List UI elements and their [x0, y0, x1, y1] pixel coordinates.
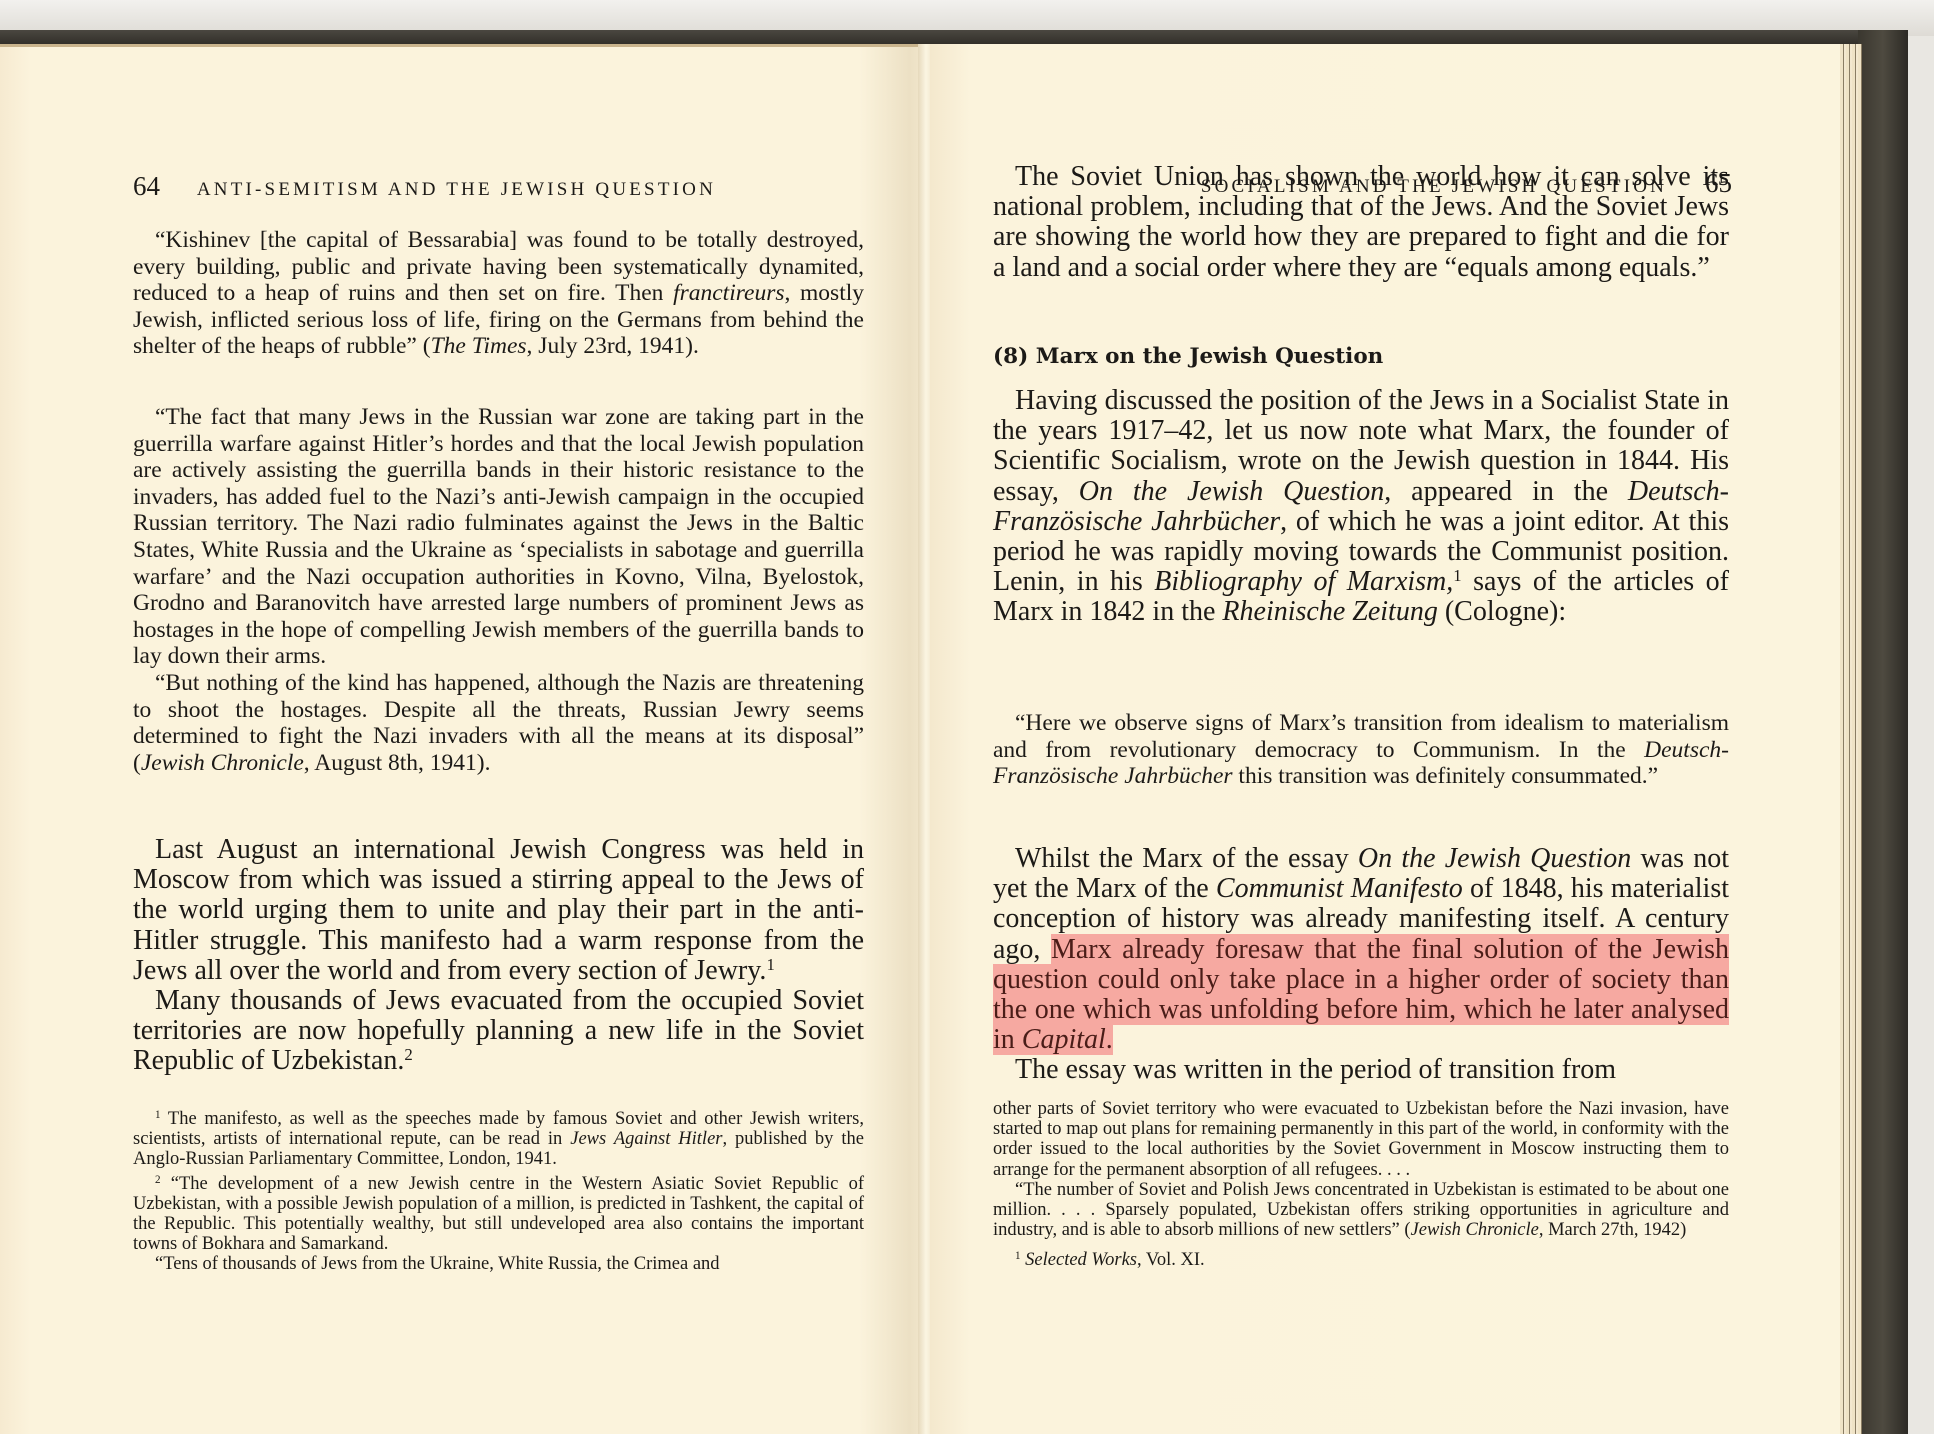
italic-source: Jewish Chronicle [1411, 1220, 1539, 1240]
italic-title: Rheinische Zeitung [1222, 596, 1437, 627]
footnote-continued: “The number of Soviet and Polish Jews co… [993, 1180, 1729, 1241]
body-paragraph: The essay was written in the period of t… [993, 1055, 1729, 1085]
quote-text: “Here we observe signs of Marx’s transit… [993, 710, 1729, 763]
quote-paragraph: “But nothing of the kind has happened, a… [133, 670, 864, 776]
body-paragraph: Last August an international Jewish Cong… [133, 835, 864, 986]
left-footnotes: 1 The manifesto, as well as the speeches… [133, 1109, 864, 1275]
body-paragraph: Many thousands of Jews evacuated from th… [133, 986, 864, 1077]
quote-text: , August 8th, 1941). [304, 750, 491, 776]
left-running-title: ANTI-SEMITISM AND THE JEWISH QUESTION [197, 179, 716, 200]
italic-title: On the Jewish Question [1079, 476, 1384, 507]
marx-paragraph-1: Having discussed the position of the Jew… [993, 386, 1729, 628]
footnote-mark: 1 [155, 1109, 161, 1121]
body-text: Whilst the Marx of the essay [1015, 843, 1358, 874]
footnote-text: “The development of a new Jewish centre … [133, 1174, 864, 1255]
italic-source: Jewish Chronicle [141, 750, 304, 776]
lenin-quote: “Here we observe signs of Marx’s transit… [993, 710, 1729, 790]
body-text: Many thousands of Jews evacuated from th… [133, 985, 864, 1076]
body-paragraph: Whilst the Marx of the essay On the Jewi… [993, 844, 1729, 1055]
italic-title: On the Jewish Question [1358, 843, 1631, 874]
quote-jewish-chronicle: “The fact that many Jews in the Russian … [133, 404, 864, 776]
body-paragraph: Having discussed the position of the Jew… [993, 386, 1729, 628]
italic-francs-tireurs: francti­reurs [673, 280, 784, 306]
quote-text: this transition was definitely consummat… [1233, 763, 1659, 789]
italic-capital: Capital [1022, 1024, 1106, 1055]
footnote-ref[interactable]: 1 [766, 955, 774, 974]
quote-paragraph: “The fact that many Jews in the Russian … [133, 404, 864, 670]
italic-title: Bibliography of Marxism, [1154, 566, 1453, 597]
italic-book-title: Selected Works [1025, 1250, 1137, 1270]
footnote-2: 2 “The development of a new Jewish centr… [133, 1174, 864, 1255]
footnote-text: , Vol. XI. [1137, 1250, 1205, 1270]
body-text: Last August an international Jewish Cong… [133, 834, 864, 986]
body-paragraph: The Soviet Union has shown the world how… [993, 162, 1729, 283]
footnote-ref[interactable]: 1 [1453, 566, 1461, 585]
right-page: SOCIALISM AND THE JEWISH QUESTION 65 The… [930, 44, 1842, 1434]
right-footnotes: other parts of Soviet territory who were… [993, 1099, 1729, 1271]
section-heading: (8) Marx on the Jewish Question [993, 344, 1729, 369]
left-body: Last August an international Jewish Cong… [133, 835, 864, 1077]
footnote-mark: 2 [155, 1174, 161, 1186]
footnote-text: , March 27th, 1942) [1539, 1220, 1686, 1240]
footnote-1: 1 Selected Works, Vol. XI. [993, 1250, 1729, 1270]
page-number-left: 64 [133, 171, 160, 201]
italic-book-title: Jews Against Hitler [570, 1129, 722, 1149]
footnote-2-continued: “Tens of thousands of Jews from the Ukra… [133, 1254, 864, 1274]
highlight-text: . [1106, 1024, 1113, 1055]
quote-kishinev: “Kishinev [the capital of Bessarabia] wa… [133, 227, 864, 360]
footnote-continued: other parts of Soviet territory who were… [993, 1099, 1729, 1180]
left-page: 64 ANTI-SEMITISM AND THE JEWISH QUESTION… [0, 44, 925, 1434]
left-running-head: 64 ANTI-SEMITISM AND THE JEWISH QUESTION [133, 171, 716, 202]
italic-the-times: The Times [431, 333, 527, 359]
italic-title: Communist Manifesto [1216, 873, 1463, 904]
highlighted-passage[interactable]: Marx already foresaw that the final solu… [993, 934, 1729, 1056]
section-title: (8) Marx on the Jewish Question [993, 344, 1383, 369]
book-cover-right-edge [1858, 30, 1908, 1434]
marx-paragraph-2: Whilst the Marx of the essay On the Jewi… [993, 844, 1729, 1086]
footnote-ref[interactable]: 2 [404, 1045, 412, 1064]
body-text: , appeared in the [1384, 476, 1628, 507]
footnote-mark: 1 [1015, 1250, 1021, 1262]
right-intro: The Soviet Union has shown the world how… [993, 162, 1729, 283]
footnote-1: 1 The manifesto, as well as the speeches… [133, 1109, 864, 1170]
quote-paragraph: “Here we observe signs of Marx’s transit… [993, 710, 1729, 790]
body-text: (Cologne): [1438, 596, 1566, 627]
page-edges [1840, 44, 1862, 1434]
quote-text: , July 23rd, 1941). [527, 333, 699, 359]
